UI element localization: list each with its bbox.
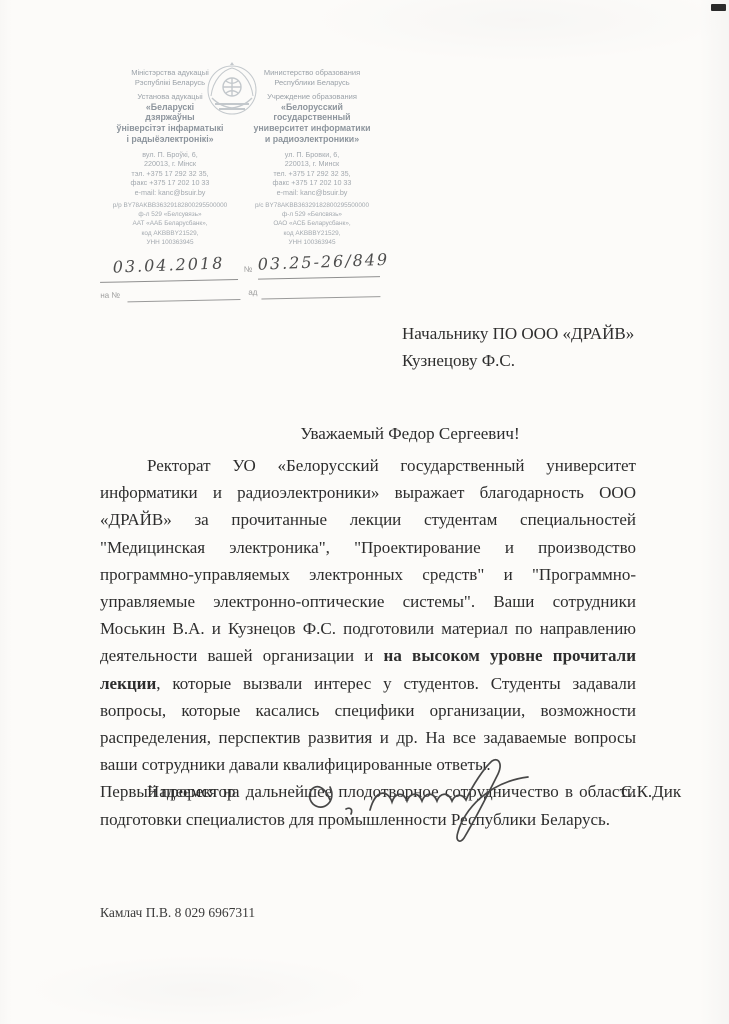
recipient-title: Начальнику ПО ООО «ДРАЙВ» <box>402 320 634 347</box>
handwritten-number: 03.25-26/849 <box>257 250 389 274</box>
date-number-row: 03.04.2018 № 03.25-26/849 <box>100 251 381 284</box>
signer-name: С.К.Дик <box>621 782 681 802</box>
recipient-name: Кузнецову Ф.С. <box>402 347 634 374</box>
salutation: Уважаемый Федор Сергеевич! <box>240 424 580 444</box>
number-field: 03.25-26/849 <box>257 251 380 280</box>
handwritten-date: 03.04.2018 <box>113 253 225 276</box>
number-label: № <box>244 265 253 274</box>
reference-block: 03.04.2018 № 03.25-26/849 на № ад <box>100 251 381 305</box>
org-type-by: Установа адукацыі <box>98 92 242 102</box>
contact-info-ru: ул. П. Бровки, 6, 220013, г. Минск тел. … <box>240 150 384 198</box>
scan-artifact-mark <box>711 4 726 11</box>
executor-contact: Камлач П.В. 8 029 6967311 <box>100 905 255 921</box>
blank-line <box>261 296 380 299</box>
letterhead-belarusian: Міністэрства адукацыі Рэспублікі Беларус… <box>98 68 242 248</box>
ministry-name-ru: Министерство образования Республики Бела… <box>240 68 384 87</box>
on-number-label: на № <box>100 291 120 300</box>
signature-ink <box>300 748 560 843</box>
blank-line <box>127 299 240 302</box>
reply-to-row: на № ад <box>100 283 380 305</box>
signer-title: Первый проректор <box>100 782 236 802</box>
from-label: ад <box>248 288 257 297</box>
org-type-ru: Учреждение образования <box>240 92 384 102</box>
bank-details-ru: р/с BY78AKBB36329182800295500000 ф-л 529… <box>240 201 384 248</box>
contact-info-by: вул. П. Броўкі, 6, 220013, г. Мінск тэл.… <box>98 150 242 198</box>
paragraph-gratitude: Ректорат УО «Белорусский государственный… <box>100 452 636 778</box>
bank-details-by: р/р BY78AKBB36329182800295500000 ф-л 529… <box>98 201 242 248</box>
date-field: 03.04.2018 <box>100 254 239 283</box>
org-name-by: «Беларускі дзяржаўны ўніверсітэт інфарма… <box>98 102 242 145</box>
paragraph-text: Ректорат УО «Белорусский государственный… <box>100 456 636 665</box>
letterhead-russian: Министерство образования Республики Бела… <box>240 68 384 248</box>
org-name-ru: «Белорусский государственный университет… <box>240 102 384 145</box>
recipient-block: Начальнику ПО ООО «ДРАЙВ» Кузнецову Ф.С. <box>402 320 634 374</box>
scanned-letter-page: Міністэрства адукацыі Рэспублікі Беларус… <box>0 0 729 1024</box>
ministry-name-by: Міністэрства адукацыі Рэспублікі Беларус… <box>98 68 242 87</box>
